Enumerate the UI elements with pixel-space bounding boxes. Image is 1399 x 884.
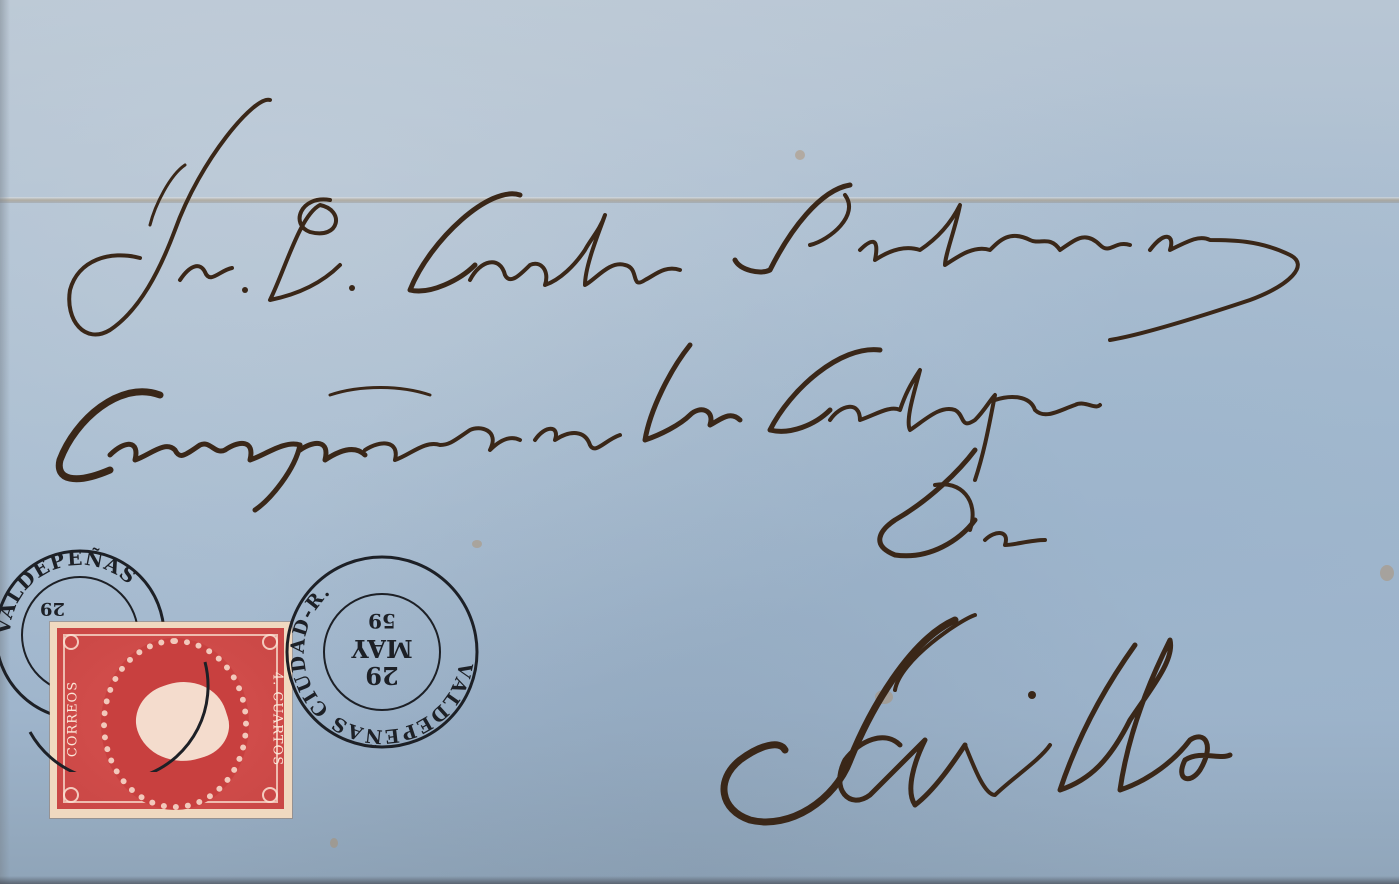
stamp-corner-ornament	[262, 634, 278, 650]
stamp-cancellation-arc	[0, 532, 230, 772]
postage-stamp: CORREOS 4. CUARTOS	[50, 622, 292, 818]
stain	[472, 540, 482, 548]
paper-edge-bottom	[0, 876, 1399, 884]
stain	[795, 150, 805, 160]
postmark-right-day: 29	[365, 661, 398, 690]
postmark-right: VALDEPEÑAS CIUDAD-R. 29 MAY 59	[282, 552, 482, 752]
postmark-right-month: MAY	[351, 634, 413, 663]
envelope-fold-line	[0, 197, 1399, 203]
postmark-right-year: 59	[368, 609, 396, 633]
stain	[330, 838, 338, 848]
stamp-corner-ornament	[63, 787, 79, 803]
postal-cover: Sr. D. Carlos Pickman y Compañia en la C…	[0, 0, 1399, 884]
stamp-corner-ornament	[262, 787, 278, 803]
stain	[1380, 565, 1394, 581]
